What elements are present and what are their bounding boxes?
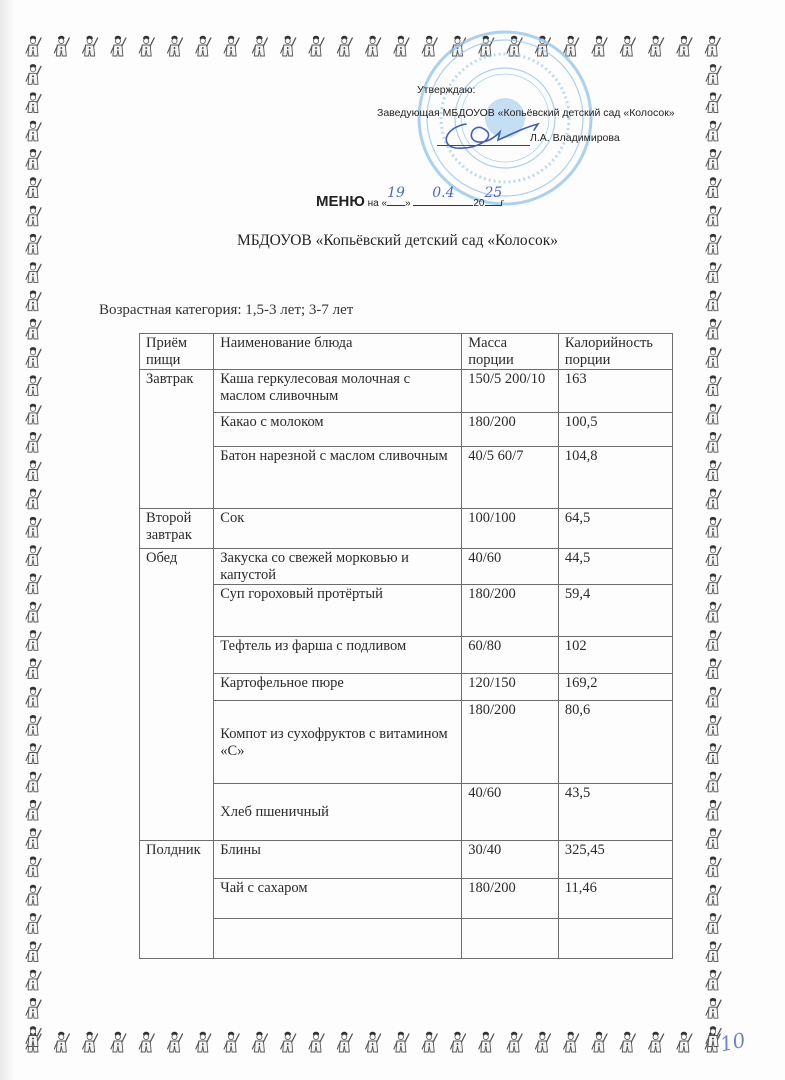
waving-figure-icon xyxy=(26,970,41,990)
dish-calories-cell: 80,6 xyxy=(558,701,672,784)
waving-figure-icon xyxy=(83,36,98,56)
dish-name-cell: Закуска со свежей морковью и капустой xyxy=(214,549,462,585)
dish-name-cell: Каша геркулесовая молочная с маслом слив… xyxy=(214,370,462,413)
dish-mass-cell: 180/200 xyxy=(462,413,559,447)
waving-figure-icon xyxy=(26,574,41,594)
dish-calories-cell: 43,5 xyxy=(558,784,672,841)
table-row xyxy=(140,919,673,959)
waving-figure-icon xyxy=(26,149,41,169)
header-meal: Приём пищи xyxy=(140,334,214,370)
waving-figure-icon xyxy=(26,121,41,141)
waving-figure-icon xyxy=(706,460,721,480)
waving-figure-icon xyxy=(706,92,721,112)
table-header-row: Приём пищи Наименование блюда Масса порц… xyxy=(140,334,673,370)
date-month: 0.4 xyxy=(413,185,473,201)
dish-name-cell: Батон нарезной с маслом сливочным xyxy=(214,447,462,509)
waving-figure-icon xyxy=(309,36,324,56)
waving-figure-icon xyxy=(26,913,41,933)
dish-name-cell: Блины xyxy=(214,841,462,879)
year-prefix: 20 xyxy=(473,198,484,209)
waving-figure-icon xyxy=(706,545,721,565)
dish-mass-cell: 150/5 200/10 xyxy=(462,370,559,413)
waving-figure-icon xyxy=(705,36,720,56)
table-row: Чай с сахаром180/20011,46 xyxy=(140,879,673,919)
waving-figure-icon xyxy=(422,1032,437,1052)
waving-figure-icon xyxy=(706,177,721,197)
waving-figure-icon xyxy=(26,517,41,537)
dish-name-cell: Хлеб пшеничный xyxy=(214,784,462,841)
table-row: ОбедЗакуска со свежей морковью и капусто… xyxy=(140,549,673,585)
waving-figure-icon xyxy=(706,743,721,763)
waving-figure-icon xyxy=(507,1032,522,1052)
waving-figure-icon xyxy=(706,998,721,1018)
waving-figure-icon xyxy=(26,800,41,820)
waving-figure-icon xyxy=(26,36,41,56)
waving-figure-icon xyxy=(451,1032,466,1052)
waving-figure-icon xyxy=(26,291,41,311)
waving-figure-icon xyxy=(706,262,721,282)
waving-figure-icon xyxy=(706,941,721,961)
waving-figure-icon xyxy=(26,1026,41,1046)
waving-figure-icon xyxy=(706,574,721,594)
waving-figure-icon xyxy=(281,1032,296,1052)
approver-name: Л.А. Владимирова xyxy=(530,132,620,144)
waving-figure-icon xyxy=(26,347,41,367)
waving-figure-icon xyxy=(366,1032,381,1052)
waving-figure-icon xyxy=(26,630,41,650)
waving-figure-icon xyxy=(706,772,721,792)
waving-figure-icon xyxy=(26,743,41,763)
meal-cell: Второй завтрак xyxy=(140,509,214,549)
waving-figure-icon xyxy=(592,1032,607,1052)
waving-figure-icon xyxy=(479,1032,494,1052)
waving-figure-icon xyxy=(224,36,239,56)
waving-figure-icon xyxy=(26,262,41,282)
waving-figure-icon xyxy=(706,517,721,537)
dish-mass-cell xyxy=(462,919,559,959)
menu-document-page: Утверждаю: Заведующая МБДОУОВ «Копьёвски… xyxy=(0,0,785,1080)
meal-cell: Завтрак xyxy=(140,370,214,509)
table-row: Суп гороховый протёртый180/20059,4 xyxy=(140,585,673,637)
waving-figure-icon xyxy=(394,36,409,56)
waving-figure-icon xyxy=(677,1032,692,1052)
dish-mass-cell: 180/200 xyxy=(462,585,559,637)
date-year-field: 25 xyxy=(485,192,501,206)
table-row: Второй завтракСок100/10064,5 xyxy=(140,509,673,549)
date-day: 19 xyxy=(387,185,405,201)
header-mass: Масса порции xyxy=(462,334,559,370)
waving-figure-icon xyxy=(168,36,183,56)
waving-figure-icon xyxy=(26,857,41,877)
dish-name-cell: Суп гороховый протёртый xyxy=(214,585,462,637)
waving-figure-icon xyxy=(26,92,41,112)
dish-calories-cell: 102 xyxy=(558,637,672,674)
table-row: Компот из сухофруктов с витамином «С»180… xyxy=(140,701,673,784)
waving-figure-icon xyxy=(196,36,211,56)
waving-figure-icon xyxy=(706,404,721,424)
header-calories: Калорийность порции xyxy=(558,334,672,370)
waving-figure-icon xyxy=(26,1032,41,1052)
dish-calories-cell: 44,5 xyxy=(558,549,672,585)
waving-figure-icon xyxy=(706,149,721,169)
waving-figure-icon xyxy=(706,630,721,650)
menu-table: Приём пищи Наименование блюда Масса порц… xyxy=(139,333,673,959)
waving-figure-icon xyxy=(706,913,721,933)
waving-figure-icon xyxy=(706,291,721,311)
waving-figure-icon xyxy=(366,36,381,56)
waving-figure-icon xyxy=(26,375,41,395)
menu-title: МЕНЮ на «19» 0.42025г xyxy=(316,192,504,210)
dish-name-cell: Картофельное пюре xyxy=(214,674,462,701)
table-row: Картофельное пюре120/150169,2 xyxy=(140,674,673,701)
waving-figure-icon xyxy=(111,36,126,56)
waving-figure-icon xyxy=(620,1032,635,1052)
waving-figure-icon xyxy=(26,828,41,848)
scan-edge-shadow xyxy=(0,0,14,1080)
dish-mass-cell: 60/80 xyxy=(462,637,559,674)
waving-figure-icon xyxy=(26,206,41,226)
waving-figure-icon xyxy=(139,36,154,56)
waving-figure-icon xyxy=(706,885,721,905)
waving-figure-icon xyxy=(26,602,41,622)
dish-calories-cell: 100,5 xyxy=(558,413,672,447)
waving-figure-icon xyxy=(309,1032,324,1052)
dish-mass-cell: 120/150 xyxy=(462,674,559,701)
waving-figure-icon xyxy=(677,36,692,56)
dish-mass-cell: 40/60 xyxy=(462,784,559,841)
waving-figure-icon xyxy=(111,1032,126,1052)
table-row: Батон нарезной с маслом сливочным40/5 60… xyxy=(140,447,673,509)
waving-figure-icon xyxy=(706,857,721,877)
waving-figure-icon xyxy=(26,885,41,905)
waving-figure-icon xyxy=(706,658,721,678)
table-row: ЗавтракКаша геркулесовая молочная с масл… xyxy=(140,370,673,413)
waving-figure-icon xyxy=(706,432,721,452)
waving-figure-icon xyxy=(649,1032,664,1052)
dish-name-cell: Чай с сахаром xyxy=(214,879,462,919)
dish-name-cell: Компот из сухофруктов с витамином «С» xyxy=(214,701,462,784)
age-category: Возрастная категория: 1,5-3 лет; 3-7 лет xyxy=(99,302,353,319)
waving-figure-icon xyxy=(706,828,721,848)
waving-figure-icon xyxy=(26,404,41,424)
waving-figure-icon xyxy=(26,941,41,961)
dish-calories-cell: 59,4 xyxy=(558,585,672,637)
organization-name: МБДОУОВ «Копьёвский детский сад «Колосок… xyxy=(0,232,785,250)
meal-cell: Обед xyxy=(140,549,214,841)
waving-figure-icon xyxy=(26,177,41,197)
dish-calories-cell: 163 xyxy=(558,370,672,413)
approval-label: Утверждаю: xyxy=(417,84,475,96)
waving-figure-icon xyxy=(706,800,721,820)
dish-name-cell: Сок xyxy=(214,509,462,549)
waving-figure-icon xyxy=(706,602,721,622)
table-row: ПолдникБлины30/40325,45 xyxy=(140,841,673,879)
dish-mass-cell: 100/100 xyxy=(462,509,559,549)
waving-figure-icon xyxy=(168,1032,183,1052)
waving-figure-icon xyxy=(26,658,41,678)
waving-figure-icon xyxy=(26,64,41,84)
waving-figure-icon xyxy=(26,432,41,452)
waving-figure-icon xyxy=(224,1032,239,1052)
waving-figure-icon xyxy=(706,489,721,509)
dish-mass-cell: 180/200 xyxy=(462,701,559,784)
dish-name-cell xyxy=(214,919,462,959)
waving-figure-icon xyxy=(26,772,41,792)
waving-figure-icon xyxy=(54,36,69,56)
waving-figure-icon xyxy=(706,121,721,141)
dish-calories-cell: 169,2 xyxy=(558,674,672,701)
waving-figure-icon xyxy=(26,998,41,1018)
dish-calories-cell: 11,46 xyxy=(558,879,672,919)
dish-calories-cell: 64,5 xyxy=(558,509,672,549)
dish-name-cell: Тефтель из фарша с подливом xyxy=(214,637,462,674)
waving-figure-icon xyxy=(706,687,721,707)
dish-mass-cell: 40/5 60/7 xyxy=(462,447,559,509)
date-day-field: 19 xyxy=(387,192,405,206)
waving-figure-icon xyxy=(620,36,635,56)
menu-word: МЕНЮ xyxy=(316,193,365,210)
quote-close: » xyxy=(405,198,411,209)
waving-figure-icon xyxy=(394,1032,409,1052)
menu-prefix: на xyxy=(368,198,379,209)
meal-cell: Полдник xyxy=(140,841,214,959)
table-row: Какао с молоком180/200100,5 xyxy=(140,413,673,447)
dish-mass-cell: 30/40 xyxy=(462,841,559,879)
page-number: 10 xyxy=(718,1028,748,1057)
waving-figure-icon xyxy=(26,319,41,339)
waving-figure-icon xyxy=(706,375,721,395)
dish-mass-cell: 180/200 xyxy=(462,879,559,919)
waving-figure-icon xyxy=(26,687,41,707)
waving-figure-icon xyxy=(706,64,721,84)
waving-figure-icon xyxy=(252,36,267,56)
date-month-field: 0.4 xyxy=(413,192,473,206)
waving-figure-icon xyxy=(26,460,41,480)
waving-figure-icon xyxy=(706,970,721,990)
waving-figure-icon xyxy=(26,715,41,735)
waving-figure-icon xyxy=(706,319,721,339)
dish-name-cell: Какао с молоком xyxy=(214,413,462,447)
waving-figure-icon xyxy=(83,1032,98,1052)
waving-figure-icon xyxy=(649,36,664,56)
waving-figure-icon xyxy=(252,1032,267,1052)
dish-calories-cell: 104,8 xyxy=(558,447,672,509)
waving-figure-icon xyxy=(337,36,352,56)
dish-mass-cell: 40/60 xyxy=(462,549,559,585)
waving-figure-icon xyxy=(706,715,721,735)
waving-figure-icon xyxy=(706,347,721,367)
dish-calories-cell: 325,45 xyxy=(558,841,672,879)
table-row: Тефтель из фарша с подливом60/80102 xyxy=(140,637,673,674)
waving-figure-icon xyxy=(535,1032,550,1052)
dish-calories-cell xyxy=(558,919,672,959)
waving-figure-icon xyxy=(564,1032,579,1052)
waving-figure-icon xyxy=(26,545,41,565)
header-dish: Наименование блюда xyxy=(214,334,462,370)
waving-figure-icon xyxy=(26,489,41,509)
waving-figure-icon xyxy=(706,206,721,226)
waving-figure-icon xyxy=(337,1032,352,1052)
waving-figure-icon xyxy=(139,1032,154,1052)
waving-figure-icon xyxy=(281,36,296,56)
waving-figure-icon xyxy=(196,1032,211,1052)
waving-figure-icon xyxy=(54,1032,69,1052)
table-row: Хлеб пшеничный40/6043,5 xyxy=(140,784,673,841)
date-year: 25 xyxy=(485,185,501,201)
